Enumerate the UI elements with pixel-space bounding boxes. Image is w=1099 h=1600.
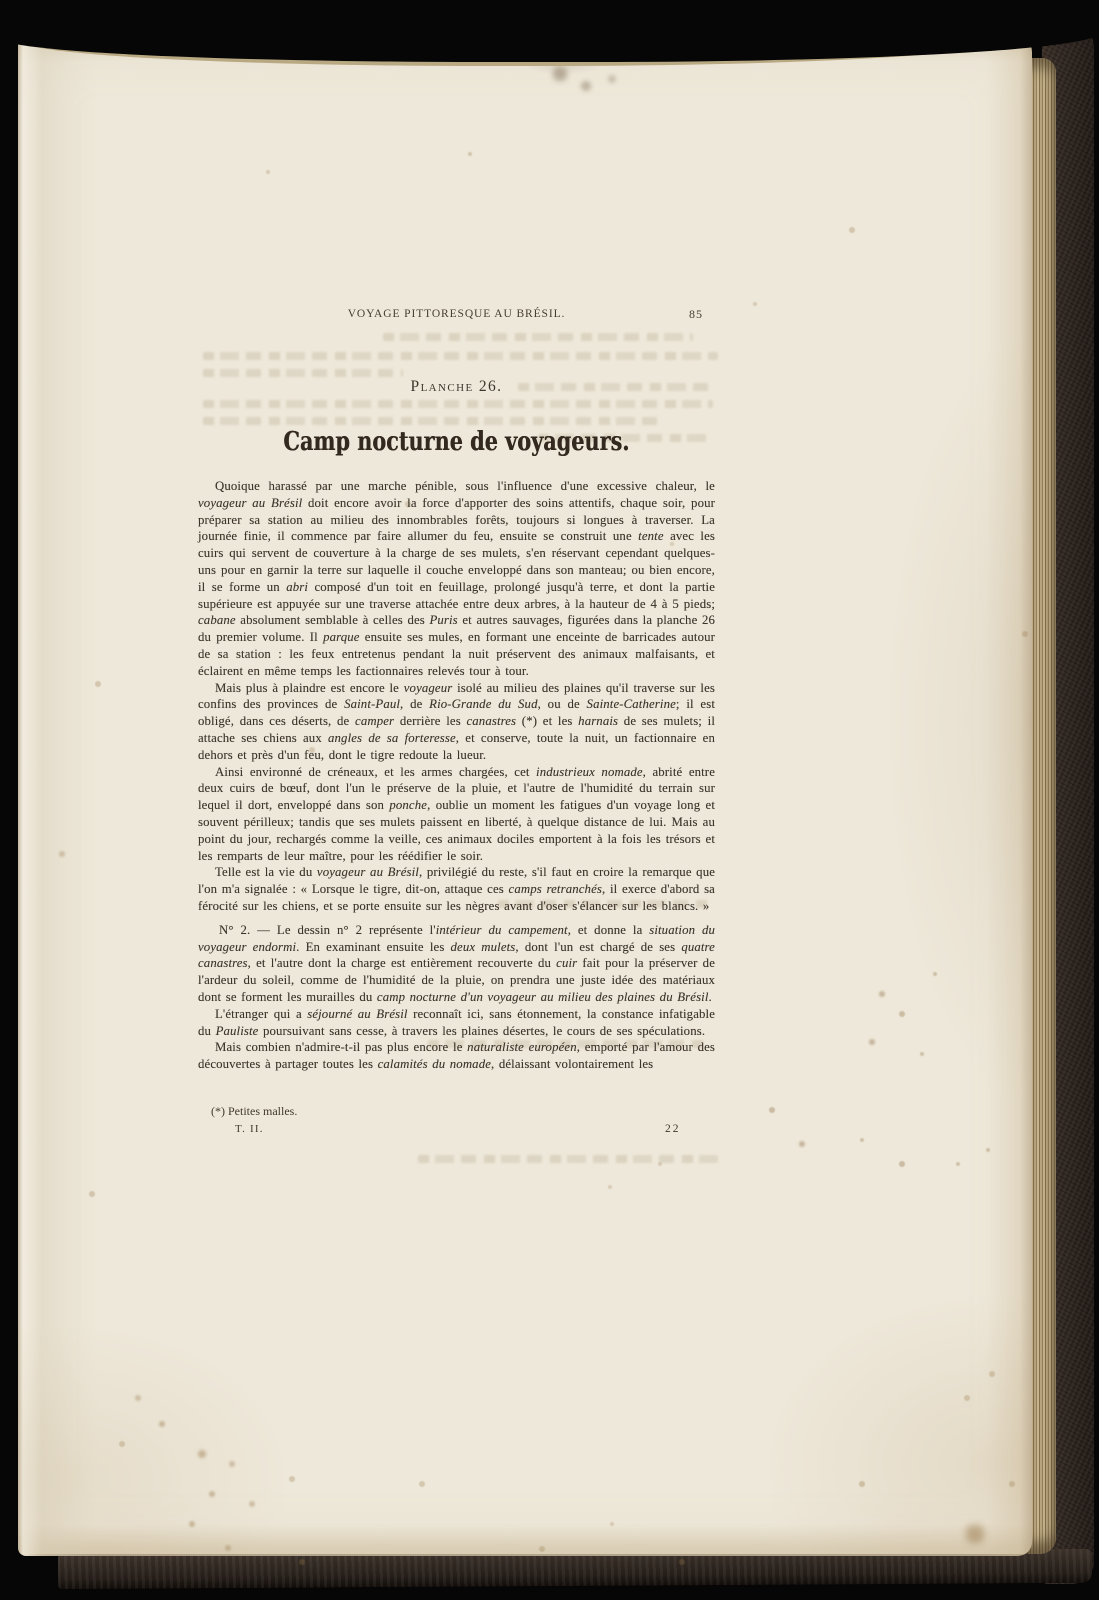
plate-heading: Planche 26.	[198, 378, 715, 396]
body-text: Quoique harassé par une marche pénible, …	[198, 478, 715, 1073]
signature-mark: 22	[665, 1123, 681, 1135]
photo-background-top	[0, 0, 1099, 62]
running-header: VOYAGE PITTORESQUE AU BRÉSIL.	[348, 308, 566, 320]
footnote: (*) Petites malles.	[211, 1104, 715, 1119]
text-block: VOYAGE PITTORESQUE AU BRÉSIL. 85 Planche…	[198, 308, 715, 1137]
book-page: VOYAGE PITTORESQUE AU BRÉSIL. 85 Planche…	[18, 34, 1032, 1556]
volume-mark: T. II.	[235, 1123, 264, 1135]
paragraph: Quoique harassé par une marche pénible, …	[198, 478, 715, 680]
page-number: 85	[689, 307, 703, 322]
footer-row: T. II. 22	[198, 1123, 715, 1137]
paragraph: Mais combien n'admire-t-il pas plus enco…	[198, 1039, 715, 1073]
paragraph: Ainsi environné de créneaux, et les arme…	[198, 764, 715, 865]
bleedthrough-artifact	[418, 1155, 718, 1163]
paragraph: L'étranger qui a séjourné au Brésil reco…	[198, 1006, 715, 1040]
paragraph: N° 2. — Le dessin n° 2 représente l'inté…	[198, 922, 715, 1006]
paragraph: Telle est la vie du voyageur au Brésil, …	[198, 864, 715, 914]
running-head-row: VOYAGE PITTORESQUE AU BRÉSIL. 85	[198, 308, 715, 322]
book-photo: VOYAGE PITTORESQUE AU BRÉSIL. 85 Planche…	[0, 0, 1099, 1600]
paragraph: Mais plus à plaindre est encore le voyag…	[198, 680, 715, 764]
page-title: Camp nocturne de voyageurs.	[198, 426, 715, 458]
